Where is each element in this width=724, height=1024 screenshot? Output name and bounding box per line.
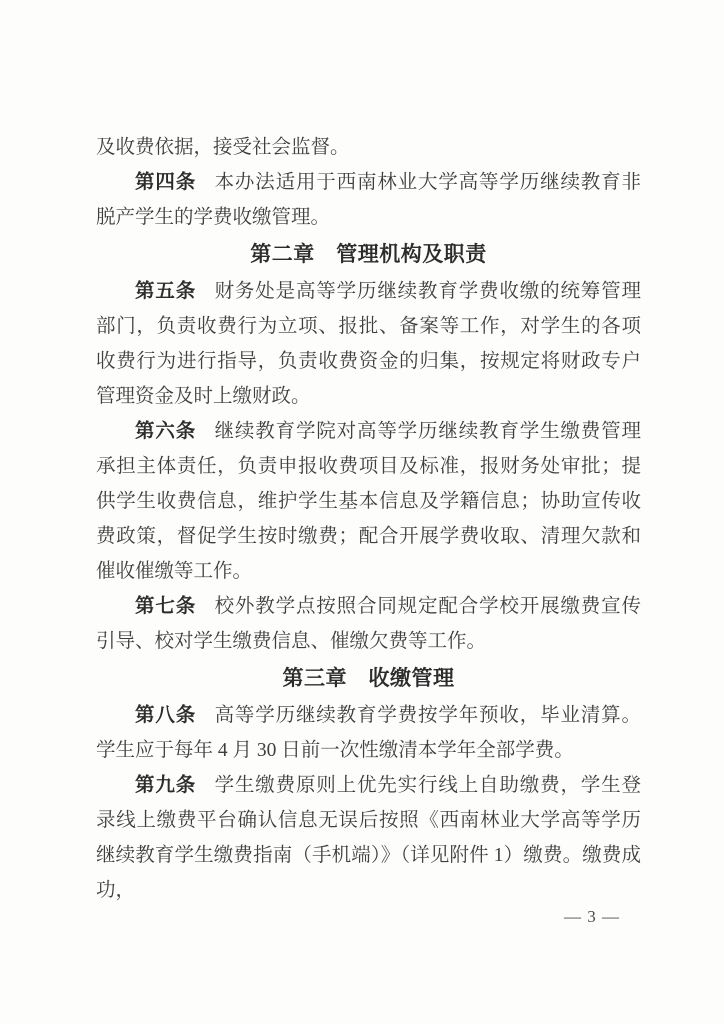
article-number: 第四条 — [135, 171, 196, 193]
paragraph-text: 及收费依据，接受社会监督。 — [96, 137, 350, 158]
document-content: 及收费依据，接受社会监督。第四条本办法适用于西南林业大学高等学历继续教育非脱产学… — [96, 130, 641, 908]
document-page: 及收费依据，接受社会监督。第四条本办法适用于西南林业大学高等学历继续教育非脱产学… — [0, 0, 724, 1024]
paragraph: 第八条高等学历继续教育学费按学年预收，毕业清算。学生应于每年 4 月 30 日前… — [96, 698, 641, 768]
article-number: 第六条 — [135, 420, 196, 442]
article-number: 第五条 — [135, 280, 196, 302]
paragraph: 第五条财务处是高等学历继续教育学费收缴的统筹管理部门，负责收费行为立项、报批、备… — [96, 274, 641, 414]
paragraph: 第七条校外教学点按照合同规定配合学校开展缴费宣传引导、校对学生缴费信息、催缴欠费… — [96, 589, 641, 659]
paragraph: 第九条学生缴费原则上优先实行线上自助缴费，学生登录线上缴费平台确认信息无误后按照… — [96, 768, 641, 908]
page-number: — 3 — — [564, 906, 620, 928]
article-number: 第七条 — [135, 595, 196, 617]
paragraph-text: 继续教育学院对高等学历继续教育学生缴费管理承担主体责任，负责申报收费项目及标准，… — [96, 421, 641, 582]
paragraph: 第六条继续教育学院对高等学历继续教育学生缴费管理承担主体责任，负责申报收费项目及… — [96, 414, 641, 589]
article-number: 第八条 — [135, 704, 196, 726]
paragraph: 第四条本办法适用于西南林业大学高等学历继续教育非脱产学生的学费收缴管理。 — [96, 165, 641, 235]
chapter-heading: 第三章 收缴管理 — [96, 661, 641, 696]
chapter-heading: 第二章 管理机构及职责 — [96, 237, 641, 272]
article-number: 第九条 — [135, 774, 196, 796]
paragraph: 及收费依据，接受社会监督。 — [96, 130, 641, 165]
